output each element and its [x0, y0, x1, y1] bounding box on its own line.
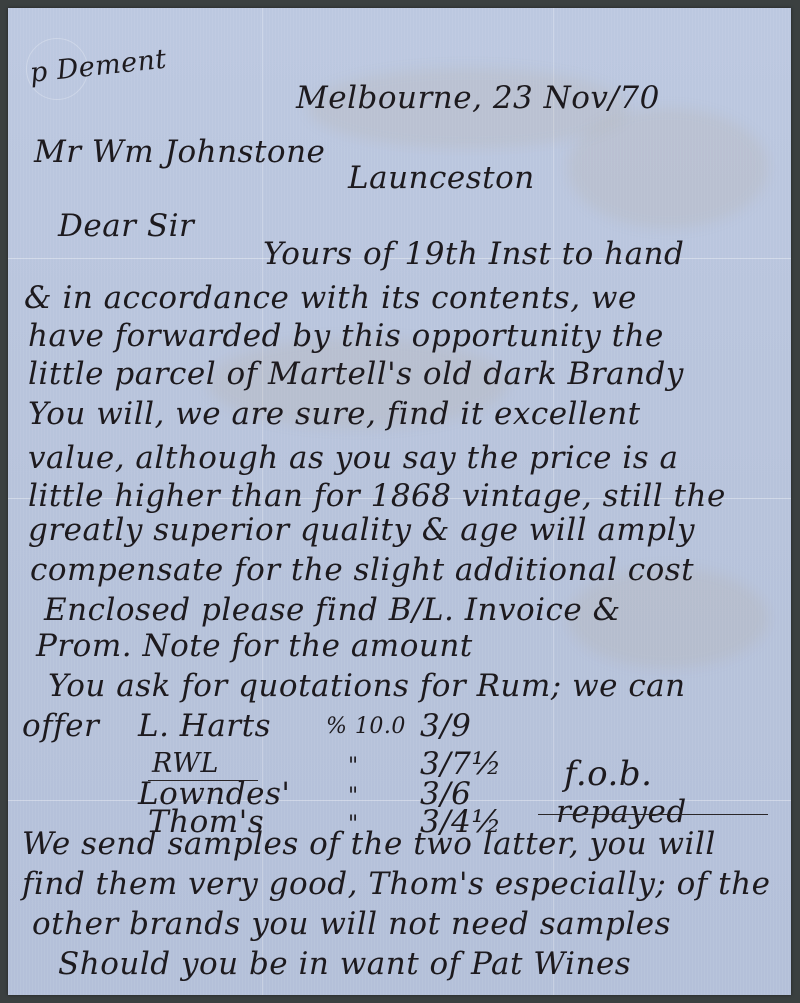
- salutation: Dear Sir: [58, 208, 194, 244]
- body-line: little parcel of Martell's old dark Bran…: [28, 356, 684, 392]
- body-line: You will, we are sure, find it excellent: [28, 396, 641, 432]
- quote-brand: RWL: [152, 748, 219, 779]
- quote-price: 3/9: [420, 708, 471, 744]
- quote-unit: ": [348, 754, 359, 779]
- recipient-place: Launceston: [348, 160, 535, 196]
- body-line: Enclosed please find B/L. Invoice &: [44, 592, 621, 628]
- body-line: You ask for quotations for Rum; we can: [48, 668, 686, 704]
- terms-underline: [538, 814, 768, 815]
- body-line: Yours of 19th Inst to hand: [263, 236, 684, 272]
- body-line: We send samples of the two latter, you w…: [22, 826, 716, 862]
- body-line: value, although as you say the price is …: [28, 440, 678, 476]
- body-line: greatly superior quality & age will ampl…: [28, 512, 695, 548]
- body-line: other brands you will not need samples: [32, 906, 671, 942]
- letter-paper: p Dement Melbourne, 23 Nov/70 Mr Wm John…: [8, 8, 791, 995]
- body-line: Should you be in want of Pat Wines: [58, 946, 631, 982]
- quote-unit: ": [348, 784, 359, 809]
- body-line: have forwarded by this opportunity the: [28, 318, 664, 354]
- body-line: Prom. Note for the amount: [36, 628, 473, 664]
- terms-fob: f.o.b.: [564, 754, 652, 794]
- quote-brand: L. Harts: [138, 708, 271, 744]
- body-line: little higher than for 1868 vintage, sti…: [28, 478, 726, 514]
- body-line: & in accordance with its contents, we: [24, 280, 637, 316]
- body-line: compensate for the slight additional cos…: [30, 552, 694, 588]
- place-date: Melbourne, 23 Nov/70: [296, 80, 660, 116]
- stain: [568, 108, 768, 228]
- offer-label: offer: [22, 708, 99, 744]
- body-line: find them very good, Thom's especially; …: [22, 866, 770, 902]
- terms-repayed: repayed: [556, 794, 687, 830]
- recipient-name: Mr Wm Johnstone: [34, 134, 325, 170]
- quote-unit: % 10.0: [326, 714, 406, 739]
